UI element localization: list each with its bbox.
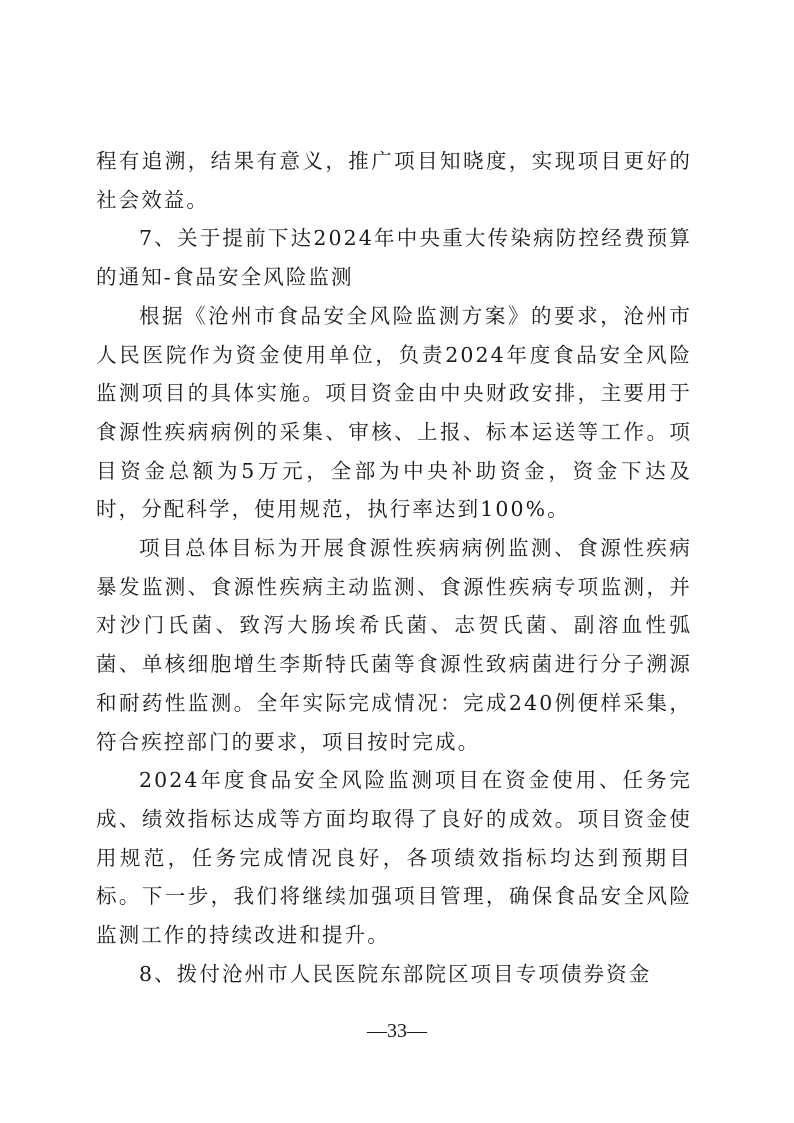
paragraph-summary: 2024年度食品安全风险监测项目在资金使用、任务完成、绩效指标达成等方面均取得了… [96,761,692,955]
document-body: 程有追溯，结果有意义，推广项目知晓度，实现项目更好的社会效益。 7、关于提前下达… [96,142,692,993]
heading-item-7: 7、关于提前下达2024年中央重大传染病防控经费预算的通知-食品安全风险监测 [96,219,692,296]
paragraph-continuation: 程有追溯，结果有意义，推广项目知晓度，实现项目更好的社会效益。 [96,142,692,219]
paragraph-basis: 根据《沧州市食品安全风险监测方案》的要求，沧州市人民医院作为资金使用单位，负责2… [96,297,692,529]
page-number: —33— [0,1020,794,1043]
heading-item-8: 8、拨付沧州市人民医院东部院区项目专项债券资金 [96,955,692,994]
paragraph-objectives: 项目总体目标为开展食源性疾病病例监测、食源性疾病暴发监测、食源性疾病主动监测、食… [96,529,692,761]
